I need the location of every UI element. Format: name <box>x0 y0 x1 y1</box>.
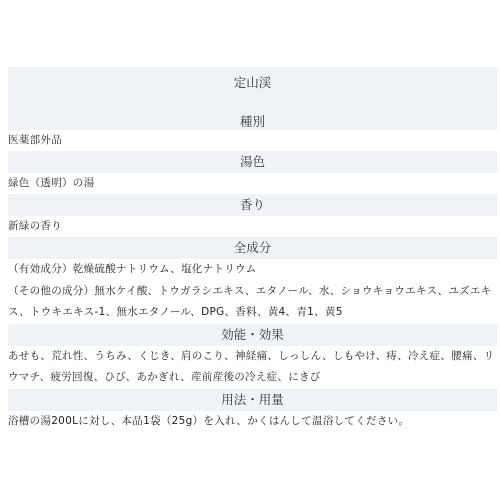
title-header: 定山渓 種別 <box>8 67 497 130</box>
product-name: 定山渓 <box>8 73 497 91</box>
section-header-usage: 用法・用量 <box>8 389 497 411</box>
ingredients-line: （その他の成分）無水ケイ酸、トウガラシエキス、エタノール、水、ショウキョウエキス… <box>8 281 497 303</box>
section-header-water-color: 湯色 <box>8 151 497 173</box>
section-header-ingredients: 全成分 <box>8 237 497 259</box>
section-header-scent: 香り <box>8 194 497 216</box>
type-value: 医薬部外品 <box>8 130 497 151</box>
effects-line: ウマチ、疲労回復、ひび、あかぎれ、産前産後の冷え症、にきび <box>8 367 497 389</box>
product-info-table: 定山渓 種別 医薬部外品 湯色 緑色（透明）の湯 香り 新緑の香り 全成分 （有… <box>8 67 497 432</box>
effects-line: あせも、荒れ性、うちみ、くじき、肩のこり、神経痛、しっしん、しもやけ、痔、冷え症… <box>8 346 497 368</box>
water-color-value: 緑色（透明）の湯 <box>8 173 497 194</box>
section-header-type: 種別 <box>8 112 497 130</box>
scent-value: 新緑の香り <box>8 216 497 237</box>
section-header-effects: 効能・効果 <box>8 324 497 346</box>
ingredients-line: （有効成分）乾燥硫酸ナトリウム、塩化ナトリウム <box>8 259 497 281</box>
usage-value: 浴槽の湯200Lに対し、本品1袋（25g）を入れ、かくはんして温浴してください。 <box>8 411 497 432</box>
ingredients-line: ス、トウキエキス-1、無水エタノール、DPG、香料、黄4、青1、黄5 <box>8 302 497 324</box>
